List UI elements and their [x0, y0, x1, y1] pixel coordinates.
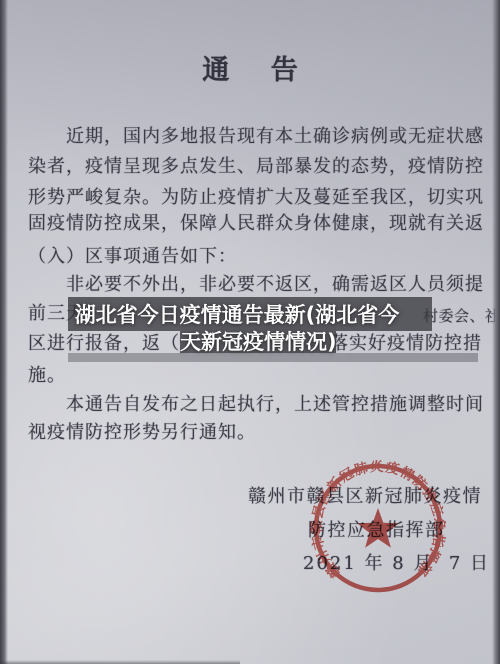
notice-title: 通 告 [108, 56, 408, 86]
caption-bar-line2 [180, 331, 336, 353]
covered-row1-right-fragment: 村委会、社 [423, 306, 500, 326]
covered-row2-right-fragment: 落实好疫情防控措 [330, 334, 482, 354]
covered-row2-left-fragment: 区进行报备，返（ [28, 334, 180, 354]
notice-line-6: 非必要不外出，非必要不返区，确需返区人员须提 [66, 275, 484, 295]
seal-star-icon [357, 508, 399, 548]
photo-edge-right [492, 0, 500, 664]
caption-bar-line1 [68, 297, 432, 331]
notice-line-7: 本通告自发布之日起执行，上述管控措施调整时间 [66, 395, 484, 415]
notice-line-4: 固疫情防控成果，保障人民群众身体健康，现就有关返 [28, 214, 484, 234]
notice-line-2: 染者，疫情呈现多点发生、局部暴发的态势，疫情防控 [28, 157, 484, 177]
notice-line-8: 视疫情防控形势另行通知。 [28, 423, 256, 443]
photo-edge-bottom [0, 660, 240, 664]
official-seal: 赣州市赣县区新冠肺炎疫情防控应急指挥部 [310, 460, 446, 596]
covered-row3-fragment: 施。 [28, 366, 66, 386]
covered-row1-left-fragment: 前三天 [28, 304, 85, 324]
notice-line-1: 近期，国内多地报告现有本土确诊病例或无症状感 [66, 127, 484, 147]
caption-text-line1: 湖北省今日疫情通告最新(湖北省今 [58, 300, 416, 330]
caption-bar-bottom [68, 353, 478, 362]
caption-text-line2: 天新冠疫情情况) [180, 330, 336, 354]
photo-edge-left [0, 0, 8, 664]
notice-line-3: 形势严峻复杂。为防止疫情扩大及蔓延至我区，切实巩 [28, 188, 484, 208]
photo-of-notice: 通 告 近期，国内多地报告现有本土确诊病例或无症状感 染者，疫情呈现多点发生、局… [0, 0, 500, 664]
notice-line-5: （入）区事项通告如下： [28, 247, 237, 267]
